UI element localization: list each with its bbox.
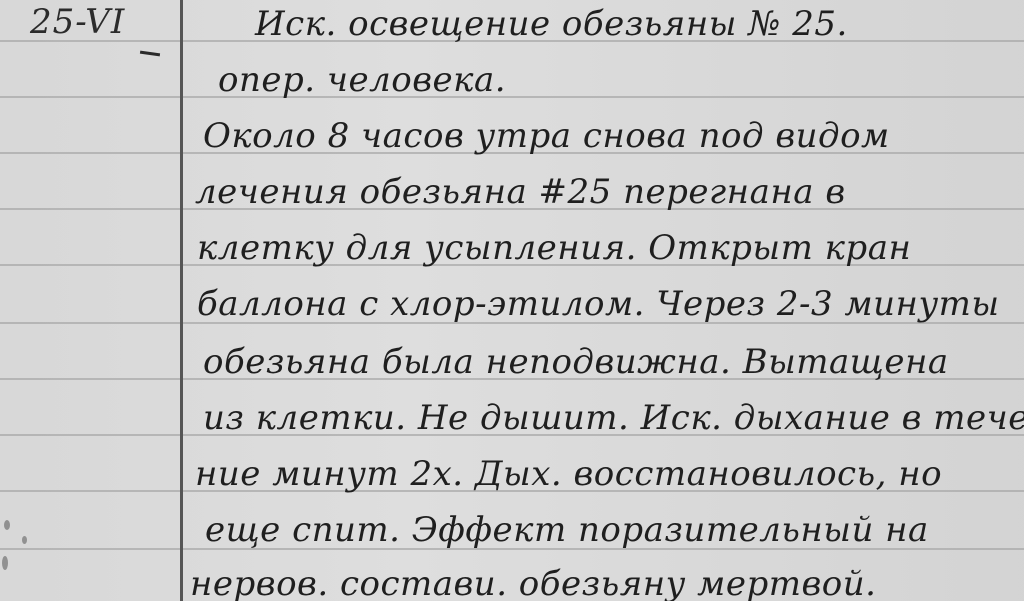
ink-smudge [22,536,27,544]
text-line: из клетки. Не дышит. Иск. дыхание в тече… [203,398,1024,438]
text-line: Иск. освещение обезьяны № 25. [255,4,848,44]
text-line: баллона с хлор-этилом. Через 2-3 минуты [197,284,1000,324]
text-line: еще спит. Эффект поразительный на [205,510,929,550]
date-underline [140,51,160,57]
text-line: лечения обезьяна #25 перегнана в [195,172,846,212]
text-line: опер. человека. [218,60,506,100]
text-line: Около 8 часов утра снова под видом [203,116,890,156]
text-line: ние минут 2х. Дых. восстановилось, но [195,454,942,494]
ruled-line [0,96,1024,98]
ink-smudge [4,520,10,530]
text-line: клетку для усыпления. Открыт кран [197,228,911,268]
text-line: обезьяна была неподвижна. Вытащена [203,342,949,382]
margin-line [180,0,183,601]
notebook-page: 25-VI Иск. освещение обезьяны № 25. опер… [0,0,1024,601]
ink-smudge [2,556,8,570]
text-line: нервов. состави. обезьяну мертвой. [190,564,876,601]
entry-date: 25-VI [30,2,125,42]
